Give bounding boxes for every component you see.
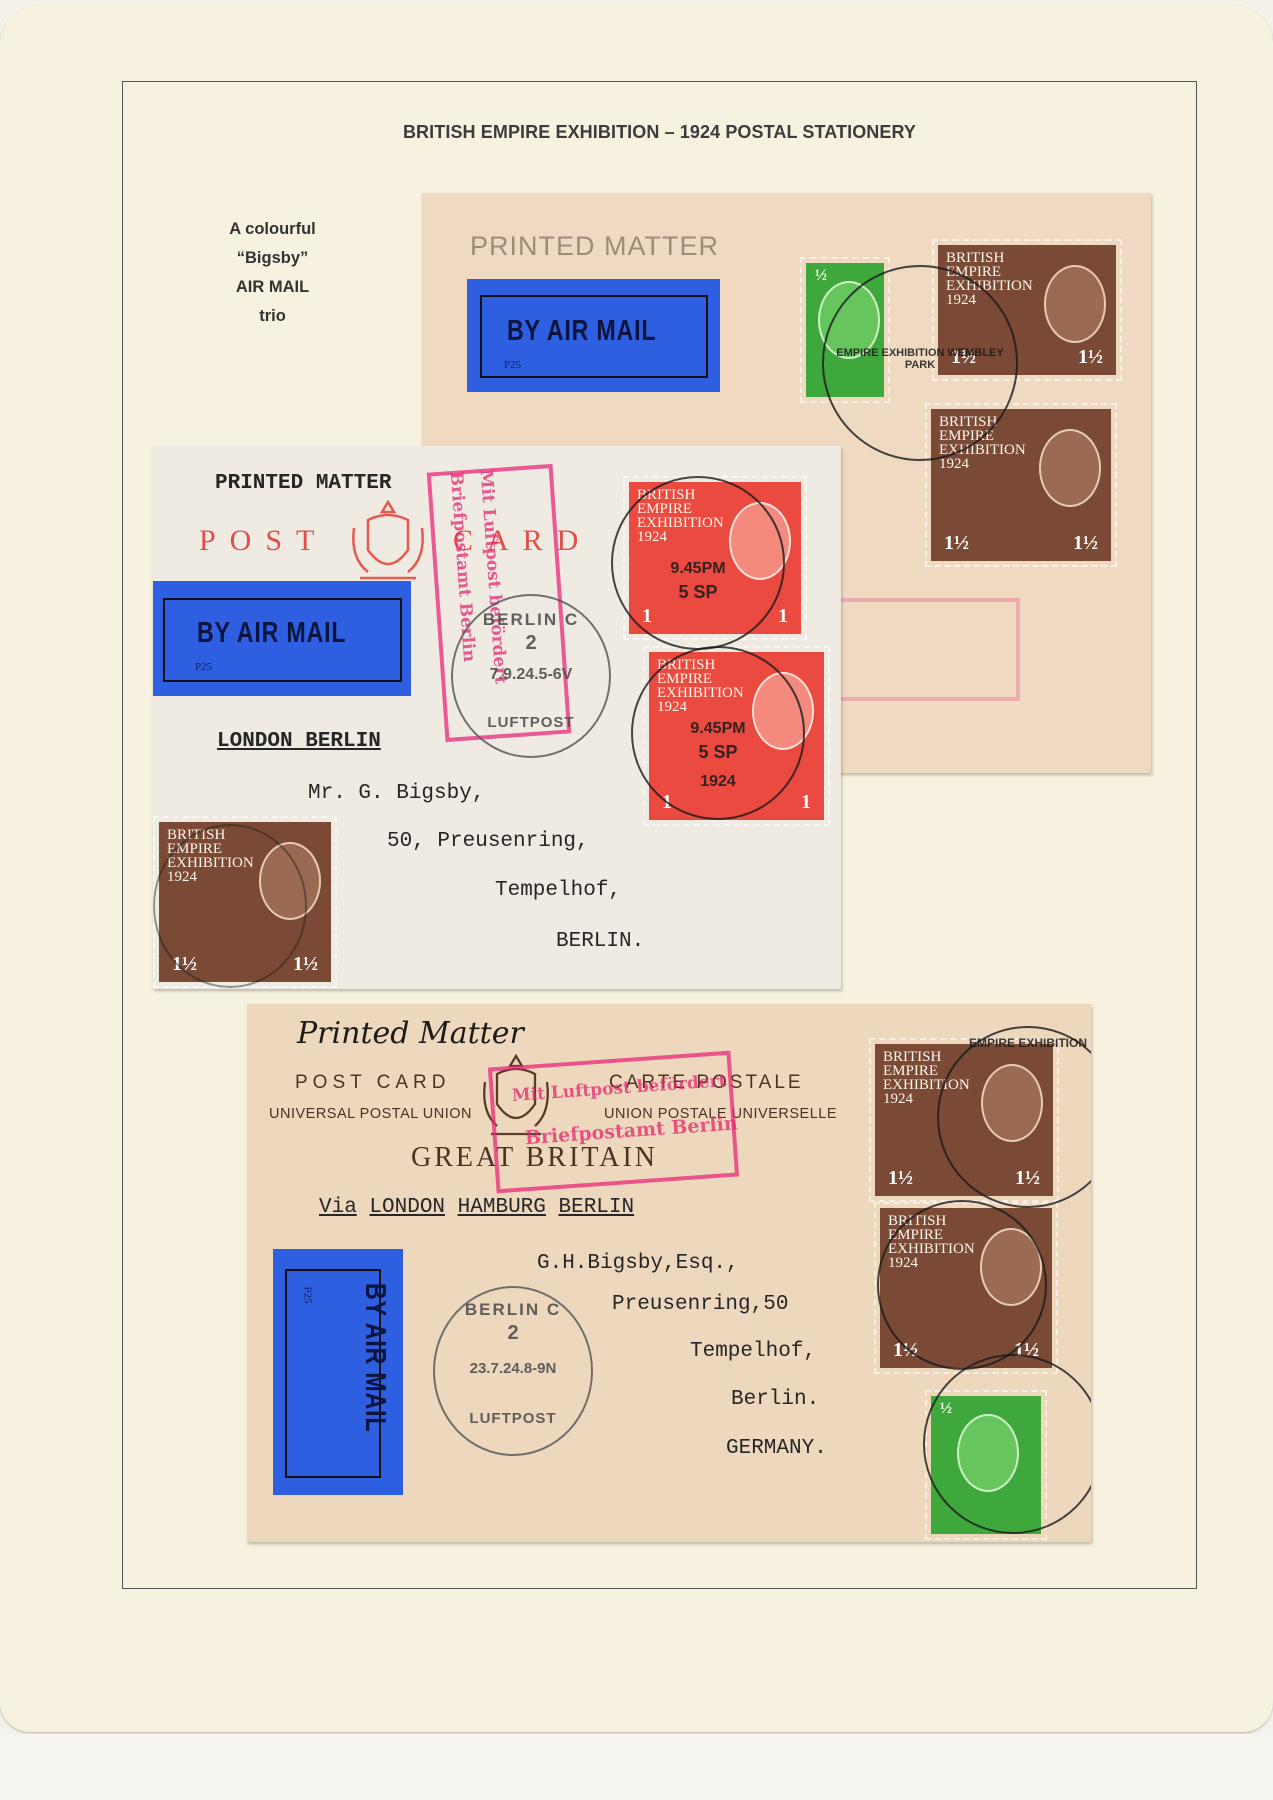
handwritten-printed-matter: Printed Matter [297, 1016, 524, 1051]
cachet-text: Mit Luftpost befördert [511, 1071, 727, 1106]
address-line: Tempelhof, [690, 1340, 816, 1363]
postmark-wembley-park [923, 1354, 1091, 1534]
album-page: BRITISH EMPIRE EXHIBITION – 1924 POSTAL … [0, 6, 1273, 1732]
stamp-value: 1½ [1075, 346, 1106, 369]
stamp-value: 1 [798, 791, 814, 814]
route-line: Via LONDON HAMBURG BERLIN [319, 1196, 634, 1219]
card-post-card-red: PRINTED MATTER POST CARD Mit Luftpost be… [153, 446, 841, 989]
stamp-value: 1 [775, 605, 791, 628]
airmail-label-code: P25 [504, 359, 521, 371]
airmail-label-text: BY AIR MAIL [197, 617, 346, 650]
side-note-line: A colourful [205, 215, 340, 244]
side-note: A colourful “Bigsby” AIR MAIL trio [205, 215, 340, 331]
address-line: Mr. G. Bigsby, [308, 782, 484, 805]
postmark-empire-exhibition [877, 1200, 1047, 1370]
page-title: BRITISH EMPIRE EXHIBITION – 1924 POSTAL … [122, 122, 1197, 143]
stamp-value: ½ [812, 267, 830, 285]
cachet-luftpost: Mit Luftpost befördert Briefpostamt Berl… [488, 1051, 739, 1194]
printed-matter-header: PRINTED MATTER [470, 231, 719, 262]
royal-crest-icon [346, 498, 430, 584]
card-post-card-upu: Printed Matter POST CARD UNIVERSAL POSTA… [247, 1004, 1091, 1542]
upu-label: UNIVERSAL POSTAL UNION [269, 1106, 472, 1122]
postmark-empire-exhibition [153, 824, 307, 988]
stamp-value: 1½ [941, 532, 972, 555]
stamp-value: 1½ [1070, 532, 1101, 555]
address-line: 50, Preusenring, [387, 830, 589, 853]
cachet-text: Briefpostamt Berlin [524, 1112, 738, 1149]
side-note-line: AIR MAIL [205, 273, 340, 302]
address-line: GERMANY. [726, 1437, 827, 1460]
address-line: Berlin. [731, 1388, 819, 1411]
airmail-label-code: P25 [195, 661, 212, 673]
airmail-label: BY AIR MAIL P25 [153, 581, 411, 696]
address-line: Preusenring,50 [612, 1293, 788, 1316]
printed-matter-header: PRINTED MATTER [215, 472, 391, 495]
postmark-wembley: EMPIRE EXHIBITION WEMBLEY PARK [822, 265, 1018, 461]
post-card-label: POST CARD [295, 1072, 451, 1094]
address-line: BERLIN. [556, 930, 644, 953]
king-head-icon [1039, 429, 1101, 507]
postmark-empire-exhibition: 9.45PM 5 SP 1924 [631, 646, 805, 820]
postmark-berlin-luftpost: BERLIN C 2 7.9.24.5-6V LUFTPOST [451, 594, 611, 758]
stamp-value: 1½ [885, 1167, 916, 1190]
route-stop: LONDON [369, 1196, 445, 1219]
route-stop: BERLIN [558, 1196, 634, 1219]
king-head-icon [1044, 265, 1106, 343]
route-stop: HAMBURG [458, 1196, 546, 1219]
airmail-label-text: BY AIR MAIL [358, 1283, 391, 1432]
airmail-label-vertical: BY AIR MAIL P25 [273, 1249, 403, 1495]
address-line: G.H.Bigsby,Esq., [537, 1252, 739, 1275]
address-line: Tempelhof, [495, 879, 621, 902]
route-prefix: Via [319, 1196, 357, 1219]
stamp-value: 1½ [290, 953, 321, 976]
side-note-line: “Bigsby” [205, 244, 340, 273]
route-line: LONDON BERLIN [217, 730, 381, 753]
post-label: POST [199, 524, 328, 558]
airmail-label-code: P25 [302, 1286, 314, 1303]
airmail-label: BY AIR MAIL P25 [467, 279, 720, 392]
airmail-label-text: BY AIR MAIL [507, 315, 656, 348]
bottom-strip [0, 1734, 1273, 1800]
postmark-berlin-luftpost: BERLIN C 2 23.7.24.8-9N LUFTPOST [433, 1286, 593, 1456]
side-note-line: trio [205, 302, 340, 331]
postmark-empire-exhibition: 9.45PM 5 SP [611, 476, 785, 650]
